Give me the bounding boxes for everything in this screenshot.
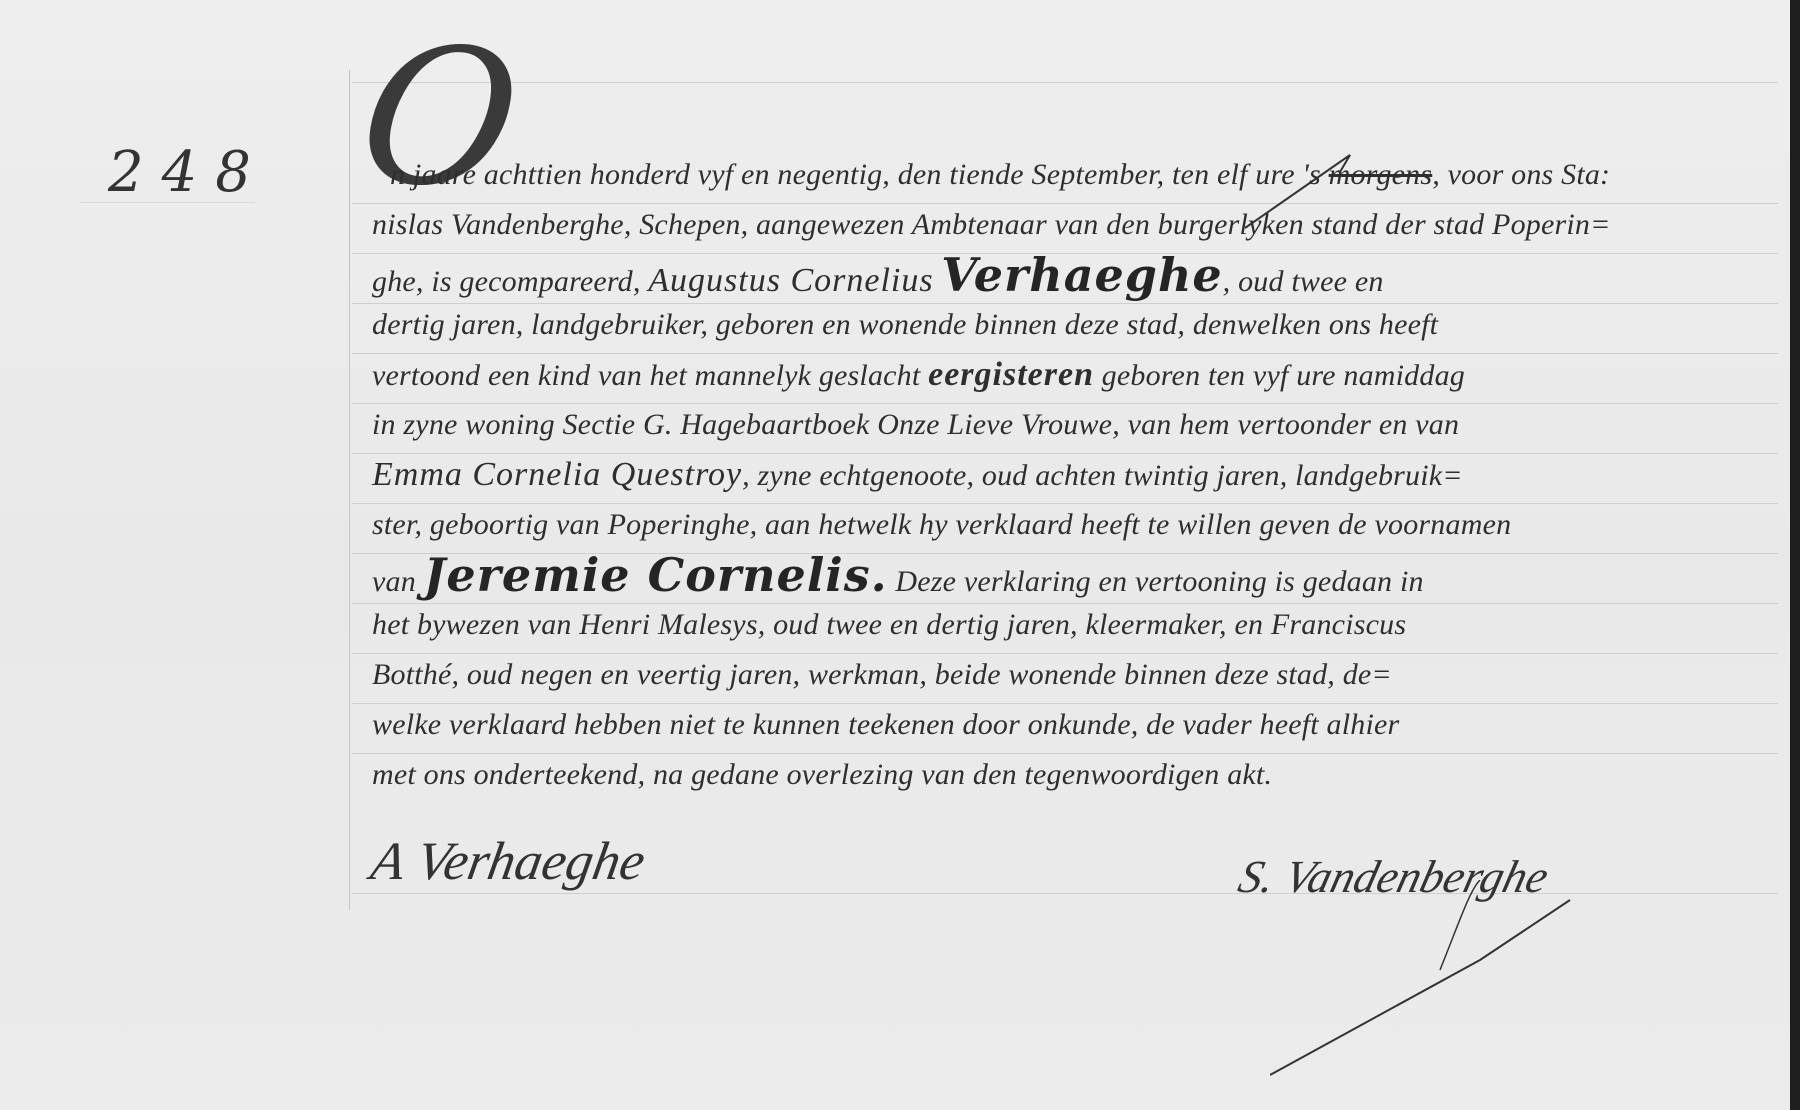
- record-line-9: van Jeremie Cornelis. Deze verklaring en…: [372, 550, 1772, 600]
- record-line-3: ghe, is gecompareerd, Augustus Cornelius…: [372, 250, 1772, 300]
- ruled-line: [352, 82, 1778, 83]
- record-line-1: n jaare achttien honderd vyf en negentig…: [372, 150, 1772, 200]
- father-signature: A Verhaeghe: [367, 830, 650, 892]
- record-line-10: het bywezen van Henri Malesys, oud twee …: [372, 600, 1772, 650]
- signature-flourish-icon: [1270, 880, 1590, 1080]
- record-line-13: met ons onderteekend, na gedane overlezi…: [372, 750, 1772, 800]
- mother-name: Emma Cornelia Questroy: [372, 456, 742, 493]
- struck-word: morgens: [1329, 158, 1433, 191]
- record-line-2: nislas Vandenberghe, Schepen, aangewezen…: [372, 200, 1772, 250]
- record-body: n jaare achttien honderd vyf en negentig…: [372, 150, 1772, 800]
- record-line-11: Botthé, oud negen en veertig jaren, werk…: [372, 650, 1772, 700]
- record-line-7: Emma Cornelia Questroy, zyne echtgenoote…: [372, 450, 1772, 500]
- record-line-8: ster, geboortig van Poperinghe, aan hetw…: [372, 500, 1772, 550]
- document-page: 248 O n jaare achttien honderd vyf en ne…: [0, 0, 1790, 1110]
- father-surname: Verhaeghe: [941, 248, 1222, 302]
- father-given-names: Augustus Cornelius: [648, 262, 933, 299]
- act-number: 248: [108, 140, 269, 205]
- child-name: Jeremie Cornelis.: [424, 548, 888, 602]
- record-line-4: dertig jaren, landgebruiker, geboren en …: [372, 300, 1772, 350]
- record-line-12: welke verklaard hebben niet te kunnen te…: [372, 700, 1772, 750]
- record-line-5: vertoond een kind van het mannelyk gesla…: [372, 350, 1772, 400]
- record-line-6: in zyne woning Sectie G. Hagebaartboek O…: [372, 400, 1772, 450]
- binding-edge: [1790, 0, 1800, 1110]
- emphasized-word: eergisteren: [928, 356, 1094, 393]
